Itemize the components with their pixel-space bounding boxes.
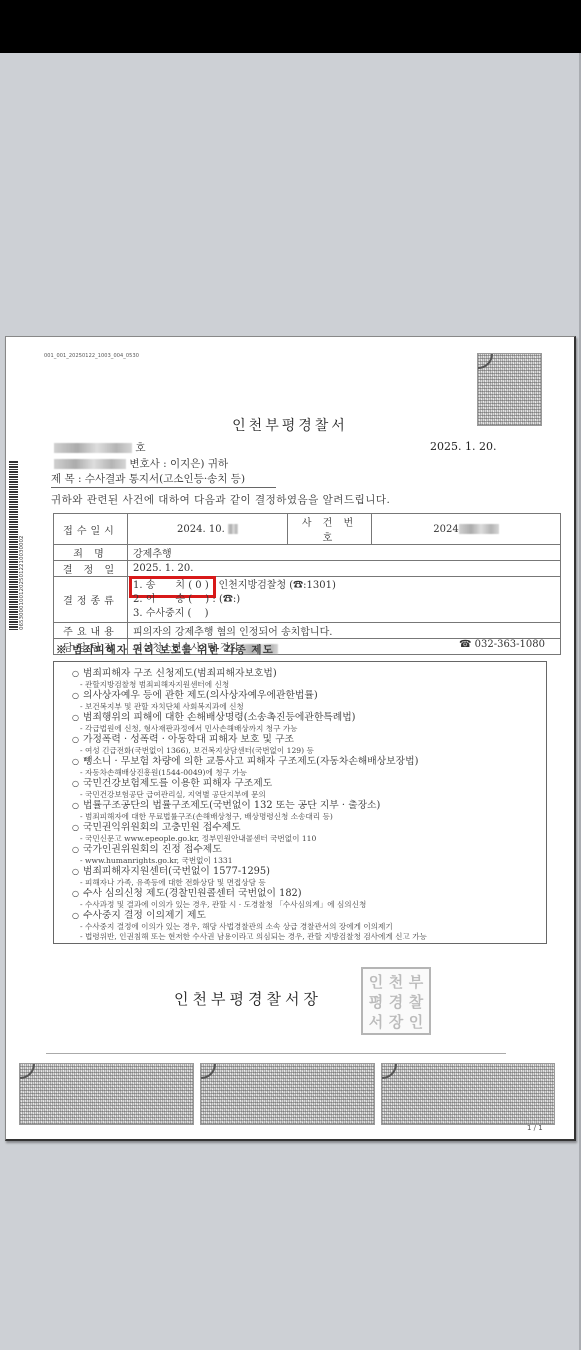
bullet-icon: ○ (72, 756, 83, 768)
case-number-label: 사 건 번 호 (288, 514, 372, 545)
rights-item-title: 국민권익위원회의 고충민원 접수제도 (83, 822, 241, 833)
qr-swirl-icon (20, 1064, 35, 1079)
qr-swirl-icon (478, 354, 493, 369)
rights-item: ○수사 심의신청 제도(경찰민원콜센터 국번없이 182) (72, 888, 546, 900)
rights-item-detail: - 보건복지부 및 관할 자치단체 사회복지과에 신청 (72, 702, 546, 712)
rights-item-title: 가정폭력 · 성폭력 · 아동학대 피해자 보호 및 구조 (83, 734, 294, 745)
rights-item-detail: - 국민신문고 www.epeople.go.kr, 정부민원안내콜센터 국번없… (72, 834, 546, 844)
rights-item-detail: - 자동차손해배상진흥원(1544-0049)에 청구 가능 (72, 768, 546, 778)
case-number-value: 2024 (372, 514, 561, 545)
rights-item-title: 의사상자예우 등에 관한 제도(의사상자예우에관한법률) (83, 690, 318, 701)
rights-item-detail: - 국민건강보험공단 급여관리실, 지역별 공단지부에 문의 (72, 790, 546, 800)
redacted-day (228, 524, 238, 534)
rights-item-detail: - 법령위반, 인권침해 또는 현저한 수사권 남용이라고 의심되는 경우, 관… (72, 932, 546, 942)
rights-item-title: 수사 심의신청 제도(경찰민원콜센터 국번없이 182) (83, 888, 302, 899)
case-info-table: 접수일시 2024. 10. 사 건 번 호 2024 죄 명 강제추행 결 정… (53, 513, 561, 655)
seal-glyph: 부 (406, 972, 426, 992)
rights-item-detail: - 범죄피해자에 대한 무료법률구조(손해배상청구, 배상명령신청 소송대리 등… (72, 812, 546, 822)
intro-text: 귀하와 관련된 사건에 대하여 다음과 같이 결정하였음을 알려드립니다. (51, 492, 390, 507)
decision-option-referral: 1. 송 치 ( 0 ) : 인천지방검찰청 (☎:1301) (133, 579, 555, 593)
rights-item-title: 국민건강보험제도를 이용한 피해자 구조제도 (83, 778, 272, 789)
document-id: 001_001_20250122_1003_004_0530 (44, 353, 139, 359)
redacted-case-number (459, 524, 499, 534)
seal-glyph: 인 (366, 972, 386, 992)
rights-item-title: 범죄피해자 구조 신청제도(범죄피해자보호법) (83, 668, 277, 679)
top-status-bar (0, 0, 581, 53)
bullet-icon: ○ (72, 866, 83, 878)
decision-date-label: 결 정 일 (54, 561, 128, 577)
rights-item-title: 법률구조공단의 법률구조제도(국번없이 132 또는 공단 지부 · 출장소) (83, 800, 380, 811)
qr-code-bottom-2 (200, 1063, 375, 1125)
receipt-date-label: 접수일시 (54, 514, 128, 545)
qr-swirl-icon (201, 1064, 216, 1079)
rights-item-detail: - 수사과정 및 결과에 이의가 있는 경우, 관할 시 · 도경찰청 「수사심… (72, 900, 546, 910)
table-row: 접수일시 2024. 10. 사 건 번 호 2024 (54, 514, 561, 545)
rights-item: ○가정폭력 · 성폭력 · 아동학대 피해자 보호 및 구조 (72, 734, 546, 746)
bullet-icon: ○ (72, 712, 83, 724)
recipient-address: 호 (54, 440, 146, 455)
crime-label: 죄 명 (54, 545, 128, 561)
rights-item: ○범죄피해자지원센터(국번없이 1577-1295) (72, 866, 546, 878)
seal-glyph: 평 (366, 992, 386, 1012)
bullet-icon: ○ (72, 668, 83, 680)
rights-item-detail: - www.humanrights.go.kr, 국번없이 1331 (72, 856, 546, 866)
bullet-icon: ○ (72, 690, 83, 702)
agency-title: 인천부평경찰서 (6, 415, 574, 435)
decision-option-suspend: 3. 수사중지 ( ) (133, 607, 555, 621)
officer-phone: ☎ 032-363-1080 (459, 639, 555, 650)
qr-code-bottom-1 (19, 1063, 194, 1125)
bullet-icon: ○ (72, 844, 83, 856)
rights-item-detail: - 피해자나 가족, 유족등에 대한 전화상담 및 면접상담 등 (72, 878, 546, 888)
seal-glyph: 경 (386, 992, 406, 1012)
seal-glyph: 찰 (406, 992, 426, 1012)
table-row: 주요내용 피의자의 강제추행 혐의 인정되어 송치합니다. (54, 623, 561, 639)
rights-item: ○국가인권위원회의 진정 접수제도 (72, 844, 546, 856)
barcode (9, 460, 18, 630)
rights-item-title: 범죄행위의 피해에 대한 손해배상명령(소송촉진등에관한특례법) (83, 712, 356, 723)
decision-type-label: 결정종류 (54, 577, 128, 623)
receipt-date-value: 2024. 10. (128, 514, 288, 545)
rights-item-title: 뺑소니 · 무보험 차량에 의한 교통사고 피해자 구조제도(자동차손해배상보장… (83, 756, 418, 767)
crime-value: 강제추행 (128, 545, 561, 561)
table-row: 결정종류 1. 송 치 ( 0 ) : 인천지방검찰청 (☎:1301) 2. … (54, 577, 561, 623)
signature-chief: 인천부평경찰서장 (174, 988, 322, 1009)
decision-type-value: 1. 송 치 ( 0 ) : 인천지방검찰청 (☎:1301) 2. 이 송 (… (128, 577, 561, 623)
seal-glyph: 천 (386, 972, 406, 992)
document-date: 2025. 1. 20. (430, 440, 496, 453)
subject-line: 제 목 : 수사결과 통지서(고소인등·송치 등) (51, 471, 276, 488)
table-row: 결 정 일 2025. 1. 20. (54, 561, 561, 577)
summary-value: 피의자의 강제추행 혐의 인정되어 송치합니다. (128, 623, 561, 639)
bullet-icon: ○ (72, 888, 83, 900)
seal-glyph: 장 (386, 1012, 406, 1032)
bullet-icon: ○ (72, 800, 83, 812)
official-seal: 인천부평경찰서장인 (361, 967, 431, 1035)
barcode-number: 065300010012025012210030002 (19, 460, 27, 630)
summary-label: 주요내용 (54, 623, 128, 639)
rights-item-title: 수사중지 결정 이의제기 제도 (83, 910, 206, 921)
rights-item: ○법률구조공단의 법률구조제도(국번없이 132 또는 공단 지부 · 출장소) (72, 800, 546, 812)
seal-glyph: 인 (406, 1012, 426, 1032)
qr-code-bottom-3 (381, 1063, 555, 1125)
rights-item-title: 범죄피해자지원센터(국번없이 1577-1295) (83, 866, 270, 877)
rights-item-detail: - 수사중지 결정에 이의가 있는 경우, 해당 사법경찰관의 소속 상급 경찰… (72, 922, 546, 932)
redacted-address (54, 443, 132, 453)
rights-item: ○의사상자예우 등에 관한 제도(의사상자예우에관한법률) (72, 690, 546, 702)
bullet-icon: ○ (72, 910, 83, 922)
footer-divider (46, 1053, 506, 1054)
bullet-icon: ○ (72, 822, 83, 834)
rights-item-detail: - 각급법원에 신청, 형사재판과정에서 민사손해배상까지 청구 가능 (72, 724, 546, 734)
table-row: 죄 명 강제추행 (54, 545, 561, 561)
rights-item-detail: - 관할지방검찰청 범죄피해자지원센터에 신청 (72, 680, 546, 690)
redacted-name (54, 459, 126, 469)
recipient-name: 변호사 : 이지은) 귀하 (54, 456, 228, 471)
rights-item: ○뺑소니 · 무보험 차량에 의한 교통사고 피해자 구조제도(자동차손해배상보… (72, 756, 546, 768)
qr-swirl-icon (382, 1064, 397, 1079)
decision-option-transfer: 2. 이 송 ( ) : (☎:) (133, 593, 555, 607)
bullet-icon: ○ (72, 734, 83, 746)
rights-item-detail: - 여성 긴급전화(국번없이 1366), 보건복지상담센터(국번없이 129)… (72, 746, 546, 756)
rights-item: ○범죄행위의 피해에 대한 손해배상명령(소송촉진등에관한특례법) (72, 712, 546, 724)
seal-glyph: 서 (366, 1012, 386, 1032)
rights-item: ○국민건강보험제도를 이용한 피해자 구조제도 (72, 778, 546, 790)
rights-item-title: 국가인권위원회의 진정 접수제도 (83, 844, 222, 855)
document-page: 001_001_20250122_1003_004_0530 065300010… (5, 336, 576, 1141)
decision-date-value: 2025. 1. 20. (128, 561, 561, 577)
rights-item: ○수사중지 결정 이의제기 제도 (72, 910, 546, 922)
rights-item: ○국민권익위원회의 고충민원 접수제도 (72, 822, 546, 834)
rights-list: ○범죄피해자 구조 신청제도(범죄피해자보호법)- 관할지방검찰청 범죄피해자지… (53, 661, 547, 944)
rights-section-title: ※ 범죄피해자 권리 보호를 위한 각종 제도 (56, 642, 274, 657)
page-number: 1 / 1 (527, 1124, 543, 1132)
rights-item: ○범죄피해자 구조 신청제도(범죄피해자보호법) (72, 668, 546, 680)
bullet-icon: ○ (72, 778, 83, 790)
